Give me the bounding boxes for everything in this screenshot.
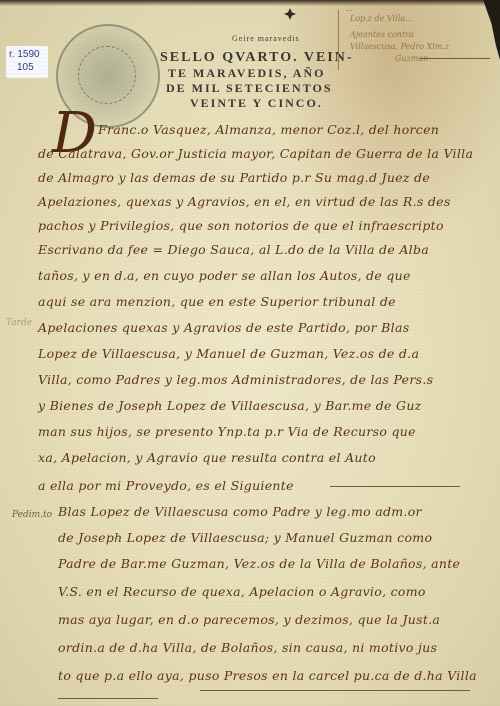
stamp-line-4: VEINTE Y CINCO.	[190, 96, 323, 111]
stamp-line-2: TE MARAVEDIS, AÑO	[168, 66, 325, 81]
top-note-line-2: Lop.z de Villa...	[350, 14, 413, 23]
archive-label-ref: r. 1590	[9, 48, 45, 61]
stamp-line-1: SELLO QVARTO. VEIN-	[160, 50, 354, 66]
line-end-rule	[330, 486, 460, 487]
torn-corner	[472, 0, 500, 60]
closing-rule-left	[58, 698, 158, 699]
page-top-edge	[0, 0, 500, 6]
body-line: a ella por mi Proveydo, es el Siguiente	[38, 478, 294, 493]
top-note-line-4: Villaescusa, Pedro Xim.z	[350, 42, 449, 51]
body-line: aqui se ara menzion, que en este Superio…	[38, 294, 396, 309]
body-line: xa, Apelacion, y Agravio que resulta con…	[38, 450, 376, 465]
body-line: Lopez de Villaescusa, y Manuel de Guzman…	[38, 346, 419, 361]
body-line: Apelaziones, quexas y Agravios, en el, e…	[38, 194, 451, 209]
body-line: mas aya lugar, en d.o parecemos, y dezim…	[58, 612, 440, 627]
body-line: Franc.o Vasquez, Almanza, menor Coz.l, d…	[98, 122, 439, 137]
body-line: de Calatrava, Gov.or Justicia mayor, Cap…	[38, 146, 473, 161]
body-line: Blas Lopez de Villaescusa como Padre y l…	[58, 504, 422, 519]
body-line: Escrivano da fee = Diego Sauca, al L.do …	[38, 242, 429, 257]
body-line: ordin.a de d.ha Villa, de Bolaños, sin c…	[58, 640, 437, 655]
manuscript-page: r. 1590 105 Geire maravedis SELLO QVARTO…	[0, 0, 500, 706]
stamp-header: Geire maravedis	[232, 34, 300, 43]
stamp-line-3: DE MIL SETECIENTOS	[166, 81, 333, 96]
cross-mark-icon	[284, 8, 296, 20]
body-line: man sus hijos, se presento Ynp.ta p.r Vi…	[38, 424, 416, 439]
body-line: Padre de Bar.me Guzman, Vez.os de la Vil…	[58, 556, 460, 571]
body-line: de Almagro y las demas de su Partido p.r…	[38, 170, 430, 185]
body-line: V.S. en el Recurso de quexa, Apelacion o…	[58, 584, 426, 599]
closing-rule-right	[200, 690, 470, 691]
body-line: pachos y Privilegios, que son notorios d…	[38, 218, 444, 233]
margin-rule	[338, 10, 339, 70]
margin-note-faint: Tarde	[6, 318, 32, 328]
body-line: Villa, como Padres y leg.mos Administrad…	[38, 372, 433, 387]
archive-label-folio: 105	[9, 61, 45, 74]
archive-label: r. 1590 105	[6, 46, 48, 78]
body-line: to que p.a ello aya, puso Presos en la c…	[58, 668, 477, 683]
top-note-rule	[420, 58, 490, 59]
body-line: taños, y en d.a, en cuyo poder se allan …	[38, 268, 411, 283]
top-note-line-3: Ajeantes contra	[350, 30, 414, 39]
body-line: de Joseph Lopez de Villaescusa; y Manuel…	[58, 530, 432, 545]
body-line: y Bienes de Joseph Lopez de Villaescusa,…	[38, 398, 422, 413]
margin-note-pedimento: Pedim.to	[12, 510, 52, 520]
seal-inner-ring	[78, 46, 136, 104]
top-note-line-1: ...	[345, 4, 353, 13]
body-line: Apelaciones quexas y Agravios de este Pa…	[38, 320, 409, 335]
